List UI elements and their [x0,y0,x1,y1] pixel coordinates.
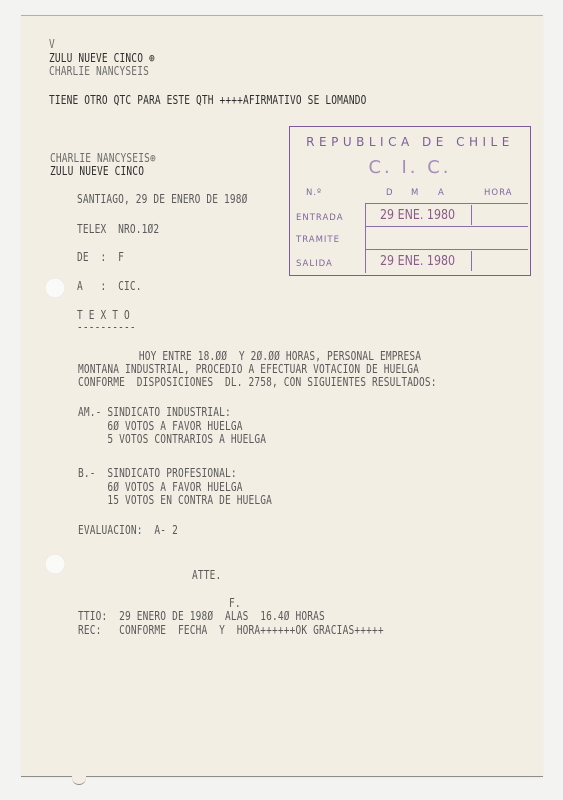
stamp-row-tramite: TRAMITE [296,235,340,245]
stamp-entrada-date: 29 ENE. 1980 [380,207,455,223]
stamp-org: C. I. C. [290,157,530,178]
signature: F. [229,596,241,610]
stamp-row-salida: SALIDA [296,259,333,269]
section-b-line-2: 15 VOTOS EN CONTRA DE HUELGA [78,493,272,507]
stamp-vrule [365,203,366,273]
stamp-rule-2 [365,226,528,227]
stamp-vrule-salida [471,251,472,271]
stamp-salida-date: 29 ENE. 1980 [380,253,455,269]
header-qtc: TIENE OTRO QTC PARA ESTE QTH ++++AFIRMAT… [49,93,366,107]
punch-hole-bottom [45,554,65,574]
stamp-rule-1 [365,203,528,204]
body-line-1: HOY ENTRE 18.ØØ Y 2Ø.ØØ HORAS, PERSONAL … [86,349,421,363]
cic-reception-stamp: REPUBLICA DE CHILE C. I. C. N.º D M A HO… [289,126,531,276]
section-b-line-1: 6Ø VOTOS A FAVOR HUELGA [78,480,243,494]
stamp-col-hora: HORA [484,188,512,198]
evaluacion: EVALUACION: A- 2 [78,523,178,537]
stamp-vrule-entrada [471,205,472,225]
stamp-row-entrada: ENTRADA [296,213,344,223]
body-line-2: MONTANA INDUSTRIAL, PROCEDIO A EFECTUAR … [78,362,419,376]
stamp-col-no: N.º [306,188,322,198]
torn-bottom-edge [21,776,543,777]
telex-number: TELEX NRO.1Ø2 [77,222,159,236]
section-a-line-2: 5 VOTOS CONTRARIOS A HUELGA [78,432,266,446]
header-v: V [49,37,55,51]
punch-hole-top [45,278,65,298]
rec-line: REC: CONFORME FECHA Y HORA++++++OK GRACI… [78,623,384,637]
routing-from: CHARLIE NANCYSEIS⊕ [50,151,156,165]
stamp-rule-3 [365,249,528,250]
to-field: A : CIC. [77,279,142,293]
ttio-line: TTIO: 29 ENERO DE 198Ø ALAS 16.4Ø HORAS [78,609,325,623]
body-line-3: CONFORME DISPOSICIONES DL. 2758, CON SIG… [78,375,437,389]
section-a-heading: AM.- SINDICATO INDUSTRIAL: [78,405,231,419]
closing: ATTE. [192,568,221,582]
stamp-col-d: D [386,188,394,198]
texto-underline: ---------- [77,320,136,334]
from-field: DE : F [77,250,124,264]
routing-to: ZULU NUEVE CINCO [50,164,144,178]
header-from: CHARLIE NANCYSEIS [49,64,149,78]
stamp-title: REPUBLICA DE CHILE [290,135,530,149]
tear-notch [72,774,86,785]
header-to: ZULU NUEVE CINCO ⊕ [49,51,155,65]
stamp-col-m: M [411,188,419,198]
section-a-line-1: 6Ø VOTOS A FAVOR HUELGA [78,419,243,433]
place-date: SANTIAGO, 29 DE ENERO DE 198Ø [77,192,248,206]
section-b-heading: B.- SINDICATO PROFESIONAL: [78,466,237,480]
stamp-col-a: A [438,188,445,198]
